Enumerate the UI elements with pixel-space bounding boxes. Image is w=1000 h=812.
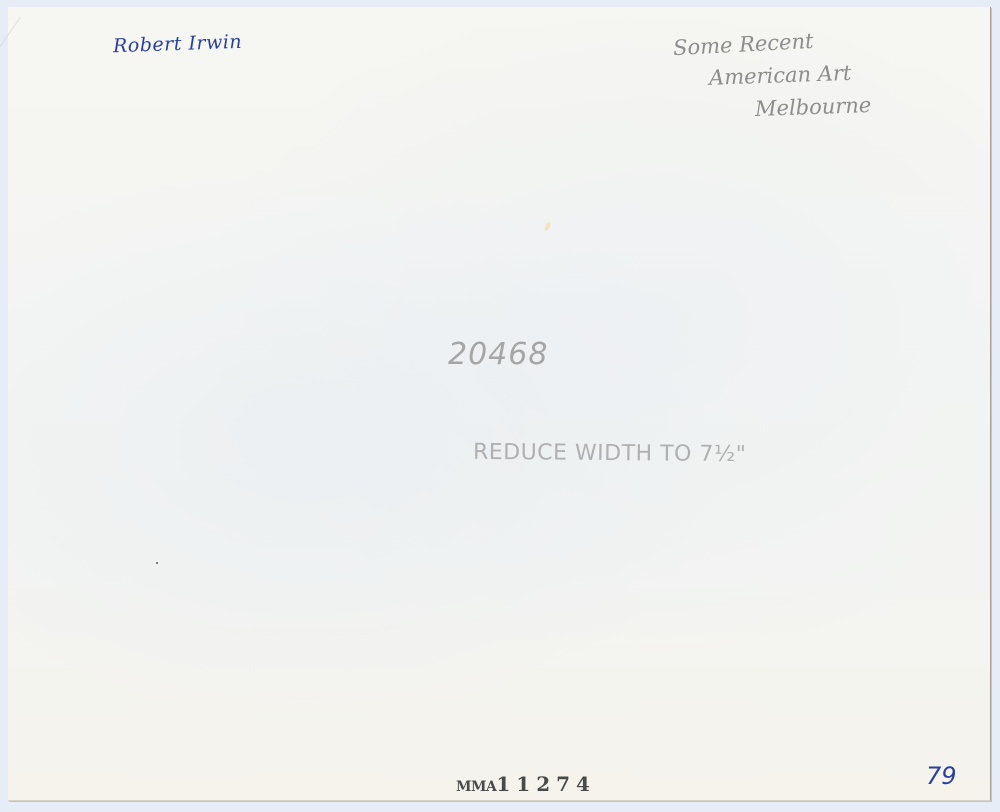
photo-verso-paper: Robert Irwin Some Recent American Art Me…	[8, 7, 991, 801]
reduce-width-instruction: REDUCE WIDTH TO 7½"	[473, 440, 747, 467]
negative-number-annotation: 20468	[448, 337, 548, 372]
exhibition-line-2: American Art	[708, 56, 871, 94]
mma-accession-stamp: MMA11274	[456, 772, 596, 796]
corner-crease	[0, 17, 45, 68]
exhibition-line-3: Melbourne	[754, 89, 871, 125]
stamp-prefix: MMA	[456, 779, 496, 795]
page-number-annotation: 79	[926, 762, 957, 790]
ink-dot	[156, 562, 158, 564]
exhibition-annotation: Some Recent American Art Melbourne	[673, 27, 871, 123]
artist-name-annotation: Robert Irwin	[113, 31, 243, 57]
stamp-number: 11274	[496, 772, 596, 796]
paper-speck	[543, 221, 551, 231]
